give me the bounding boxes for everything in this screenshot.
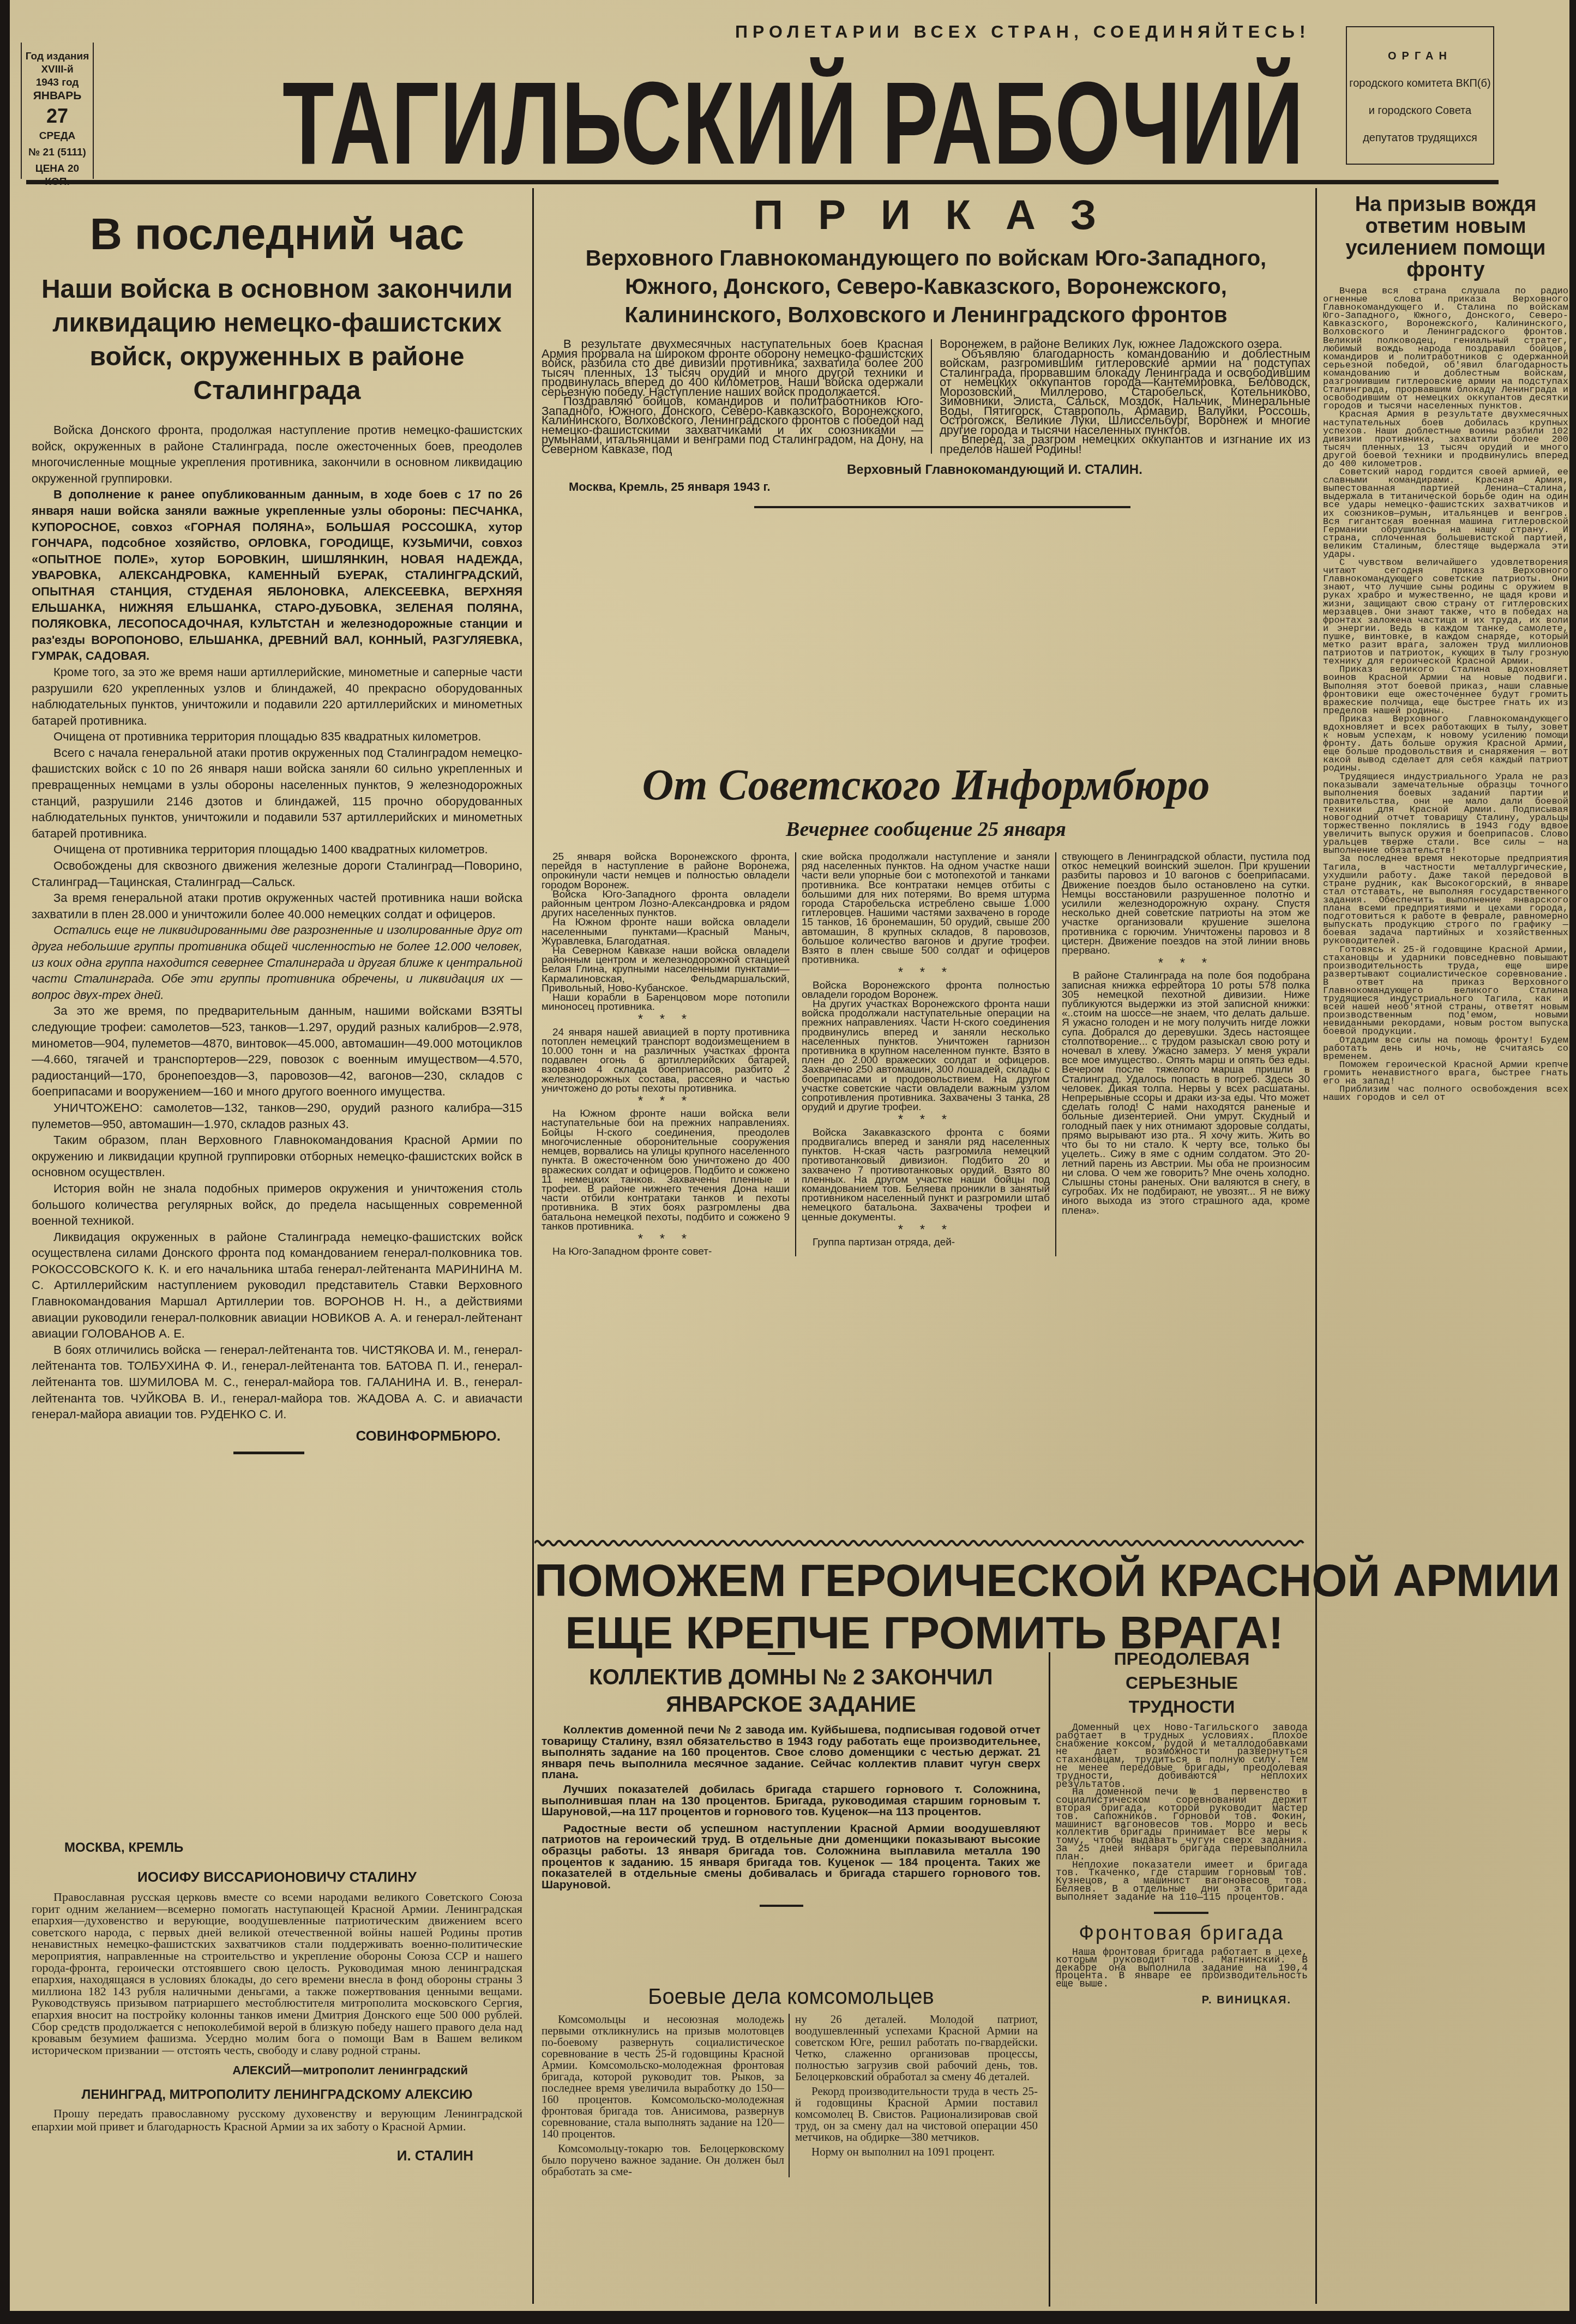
sovinform-paragraph: Войска Воронежского фронта полностью овл… <box>802 981 1050 1000</box>
section-divider <box>233 1452 304 1454</box>
column-rule-inner <box>1049 1652 1050 2307</box>
sovinform-col-3: ствующего в Ленинградской области, пусти… <box>1056 852 1310 1256</box>
section-divider <box>754 506 1130 508</box>
issue-month: ЯНВАРЬ <box>22 89 93 103</box>
sovinform-title: От Советского Информбюро <box>542 761 1310 810</box>
sovinform-section: От Советского Информбюро Вечернее сообще… <box>542 761 1310 1256</box>
last-hour-section: В последний час Наши войска в основном з… <box>32 207 522 1462</box>
last-hour-paragraph: Очищена от противника территория площадь… <box>32 841 522 858</box>
last-hour-paragraph: Таким образом, план Верховного Главноком… <box>32 1132 522 1181</box>
right-column-paragraph: Поможем героической Красной Армии крепче… <box>1323 1061 1568 1086</box>
right-column-paragraph: Приблизим час полного освобождения всех … <box>1323 1086 1568 1102</box>
last-hour-paragraph: Кроме того, за это же время наши артилле… <box>32 664 522 728</box>
organ-line-4: депутатов трудящихся <box>1346 124 1494 152</box>
masthead-slogan: ПРОЛЕТАРИИ ВСЕХ СТРАН, СОЕДИНЯЙТЕСЬ! <box>735 22 1310 42</box>
right-column-paragraph: Трудящиеся индустриального Урала не раз … <box>1323 773 1568 856</box>
blast-furnace-body: Коллектив доменной печи № 2 завода им. К… <box>542 1725 1040 1890</box>
right-column-paragraph: С чувством величайшего удовлетворения чи… <box>1323 559 1568 666</box>
right-column-paragraph: Советский народ гордится своей армией, е… <box>1323 468 1568 559</box>
reply-signature: И. СТАЛИН <box>32 2147 522 2164</box>
masthead-title-wrap: ТАГИЛЬСКИЙ РАБОЧИЙ <box>282 64 1319 173</box>
sovinform-paragraph: На Северном Кавказе наши войска овладели… <box>542 946 790 993</box>
komsomol-section: Боевые дела комсомольцев Комсомольцы и н… <box>542 1985 1040 2177</box>
right-column-paragraph: Отдадим все силы на помощь фронту! Будем… <box>1323 1037 1568 1061</box>
sovinform-paragraph: Наши корабли в Баренцовом море потопили … <box>542 993 790 1012</box>
section-divider <box>760 1905 803 1907</box>
blast-furnace-paragraph: Коллектив доменной печи № 2 завода им. К… <box>542 1725 1040 1781</box>
sovinform-paragraph: На Южном фронте наши войска вели наступа… <box>542 1109 790 1231</box>
order-columns: В результате двухмесячных наступательных… <box>542 339 1310 454</box>
order-title: ПРИКАЗ <box>542 191 1310 240</box>
difficulties-paragraph: На доменной печи № 1 первенство в социал… <box>1056 1789 1308 1861</box>
last-hour-paragraph: История войн не знала подобных примеров … <box>32 1181 522 1229</box>
last-hour-paragraph: Ликвидация окруженных в районе Сталингра… <box>32 1229 522 1342</box>
last-hour-body: Войска Донского фронта, продолжая наступ… <box>32 422 522 1444</box>
right-column-paragraph: Вчера вся страна слушала по радио огненн… <box>1323 287 1568 411</box>
organ-info: ОРГАН городского комитета ВКП(б) и город… <box>1346 43 1494 152</box>
last-hour-paragraph: Очищена от противника территория площадь… <box>32 728 522 745</box>
organ-label: ОРГАН <box>1346 43 1494 70</box>
sovinform-subtitle: Вечернее сообщение 25 января <box>542 817 1310 841</box>
order-subtitle: Верховного Главнокомандующего по войскам… <box>574 244 1278 329</box>
letter-dateline: МОСКВА, КРЕМЛЬ <box>32 1840 522 1856</box>
organ-line-2: городского комитета ВКП(б) <box>1346 70 1494 97</box>
last-hour-paragraph: Освобождены для сквозного движения желез… <box>32 858 522 890</box>
order-paragraph: В результате двухмесячных наступательных… <box>542 339 923 396</box>
blast-furnace-headline: КОЛЛЕКТИВ ДОМНЫ № 2 ЗАКОНЧИЛ ЯНВАРСКОЕ З… <box>580 1664 1002 1718</box>
front-brigade-signature: Р. ВИНИЦКАЯ. <box>1056 1994 1308 2007</box>
komsomol-col-2: ну 26 деталей. Молодой патриот, воодушев… <box>790 2014 1038 2177</box>
order-section: ПРИКАЗ Верховного Главнокомандующего по … <box>542 191 1310 508</box>
right-column-paragraph: Приказ великого Сталина вдохновляет воин… <box>1323 666 1568 715</box>
sovinform-paragraph: ствующего в Ленинградской области, пусти… <box>1062 852 1310 955</box>
section-divider <box>1154 1912 1208 1914</box>
separator-stars: * * * <box>542 1015 790 1024</box>
last-hour-paragraph: Остались еще не ликвидированными две раз… <box>32 922 522 1003</box>
banner: ПОМОЖЕМ ГЕРОИЧЕСКОЙ КРАСНОЙ АРМИИ ЕЩЕ КР… <box>534 1554 1314 1659</box>
issue-weekday: СРЕДА <box>22 130 93 143</box>
separator-stars: * * * <box>542 1235 790 1244</box>
issue-year: 1943 год <box>22 76 93 89</box>
difficulties-section: ПРЕОДОЛЕВАЯ СЕРЬЕЗНЫЕ ТРУДНОСТИ Доменный… <box>1056 1647 1308 2007</box>
masthead-rule <box>26 180 1499 184</box>
last-hour-paragraph: В боях отличились войска — генерал-лейте… <box>32 1342 522 1423</box>
order-col-1: В результате двухмесячных наступательных… <box>542 339 932 454</box>
wavy-divider <box>534 1538 1314 1549</box>
komsomol-headline: Боевые дела комсомольцев <box>542 1985 1040 2009</box>
right-column-section: На призыв вождя ответим новым усилением … <box>1323 194 1568 1102</box>
letter-signature: АЛЕКСИЙ—митрополит ленинградский <box>32 2063 522 2078</box>
blast-furnace-paragraph: Радостные вести об успешном наступлении … <box>542 1823 1040 1891</box>
column-rule-right <box>1315 188 1317 2304</box>
issue-day: 27 <box>22 105 93 128</box>
year-of-publication: Год издания XVIII-й <box>22 50 93 76</box>
sovinform-paragraph: На других участках Воронежского фронта н… <box>802 1000 1050 1112</box>
newspaper-title: ТАГИЛЬСКИЙ РАБОЧИЙ <box>282 64 1028 182</box>
komsomol-paragraph: ну 26 деталей. Молодой патриот, воодушев… <box>795 2014 1038 2082</box>
last-hour-paragraph: Всего с начала генеральной атаки против … <box>32 745 522 842</box>
difficulties-paragraph: Доменный цех Ново-Тагильского завода раб… <box>1056 1724 1308 1789</box>
right-column-body: Вчера вся страна слушала по радио огненн… <box>1323 287 1568 1102</box>
separator-stars: * * * <box>802 1225 1050 1235</box>
last-hour-signature: СОВИНФОРМБЮРО. <box>32 1428 522 1444</box>
sovinform-col-1: 25 января войска Воронежского фронта, пе… <box>542 852 796 1256</box>
sovinform-paragraph: На Южном фронте наши войска овладели нас… <box>542 918 790 946</box>
right-column-paragraph: Готовясь к 25-й годовщине Красной Армии,… <box>1323 946 1568 1037</box>
church-letter-section: МОСКВА, КРЕМЛЬ ИОСИФУ ВИССАРИОНОВИЧУ СТА… <box>32 1840 522 2164</box>
order-paragraph: Вперед, за разгром немецких оккупантов и… <box>940 435 1310 454</box>
last-hour-paragraph: За время генеральной атаки против окруже… <box>32 890 522 922</box>
sovinform-paragraph: На Юго-Западном фронте совет- <box>542 1247 790 1256</box>
sovinform-col-2: ские войска продолжали наступление и зан… <box>796 852 1056 1256</box>
order-col-2: Воронежем, в районе Великих Лук, южнее Л… <box>932 339 1310 454</box>
organ-line-3: и городского Совета <box>1346 97 1494 124</box>
sovinform-paragraph: Группа партизан отряда, дей- <box>802 1238 1050 1247</box>
right-column-paragraph: Красная Армия в результате двухмесячных … <box>1323 411 1568 468</box>
reply-text: Прошу передать православному русскому ду… <box>32 2107 522 2133</box>
order-signature: Верховный Главнокомандующий И. СТАЛИН. <box>542 462 1310 478</box>
komsomol-columns: Комсомольцы и несоюзная молодежь первыми… <box>542 2014 1040 2177</box>
reply-addressee: ЛЕНИНГРАД, МИТРОПОЛИТУ ЛЕНИНГРАДСКОМУ АЛ… <box>32 2087 522 2103</box>
right-column-headline: На призыв вождя ответим новым усилением … <box>1323 194 1568 281</box>
sovinform-paragraph: 25 января войска Воронежского фронта, пе… <box>542 852 790 890</box>
last-hour-paragraph: УНИЧТОЖЕНО: самолетов—132, танков—290, о… <box>32 1100 522 1132</box>
sovinform-paragraph: 24 января нашей авиацией в порту противн… <box>542 1028 790 1093</box>
komsomol-paragraph: Рекорд производительности труда в честь … <box>795 2086 1038 2143</box>
difficulties-paragraph: Неплохие показатели имеет и бригада тов.… <box>1056 1862 1308 1902</box>
newspaper-page: Год издания XVIII-й 1943 год ЯНВАРЬ 27 С… <box>10 0 1569 2311</box>
difficulties-body: Доменный цех Ново-Тагильского завода раб… <box>1056 1724 1308 1902</box>
front-brigade-headline: Фронтовая бригада <box>1056 1922 1308 1944</box>
issue-number: № 21 (5111) <box>22 146 93 159</box>
last-hour-paragraph: Войска Донского фронта, продолжая наступ… <box>32 422 522 486</box>
order-paragraph: Объявляю благодарность командованию и до… <box>940 349 1310 435</box>
front-brigade-text: Наша фронтовая бригада работает в цехе, … <box>1056 1949 1308 1989</box>
order-paragraph: Поздравляю бойцов, командиров и политраб… <box>542 396 923 454</box>
letter-addressee: ИОСИФУ ВИССАРИОНОВИЧУ СТАЛИНУ <box>32 1869 522 1886</box>
issue-info: Год издания XVIII-й 1943 год ЯНВАРЬ 27 С… <box>22 50 93 189</box>
komsomol-paragraph: Комсомольцы и несоюзная молодежь первыми… <box>542 2014 784 2140</box>
separator-stars: * * * <box>1062 959 1310 968</box>
right-column-paragraph: За последнее время некоторые предприятия… <box>1323 855 1568 946</box>
sovinform-paragraph: В районе Сталинграда на поле боя подобра… <box>1062 971 1310 1215</box>
difficulties-headline: ПРЕОДОЛЕВАЯ СЕРЬЕЗНЫЕ ТРУДНОСТИ <box>1056 1647 1308 1719</box>
komsomol-paragraph: Комсомольцу-токарю тов. Белоцерковскому … <box>542 2143 784 2177</box>
section-divider <box>768 1652 795 1655</box>
sovinform-columns: 25 января войска Воронежского фронта, пе… <box>542 852 1310 1256</box>
column-rule-left <box>532 188 534 2304</box>
komsomol-col-1: Комсомольцы и несоюзная молодежь первыми… <box>542 2014 790 2177</box>
blast-furnace-section: КОЛЛЕКТИВ ДОМНЫ № 2 ЗАКОНЧИЛ ЯНВАРСКОЕ З… <box>542 1652 1040 1912</box>
separator-stars: * * * <box>802 1115 1050 1124</box>
order-dateline: Москва, Кремль, 25 января 1943 г. <box>542 480 1310 494</box>
sovinform-paragraph: Войска Юго-Западного фронта овладели рай… <box>542 890 790 918</box>
letter-text: Православная русская церковь вместе со в… <box>32 1891 522 2056</box>
last-hour-paragraph: В дополнение к ранее опубликованным данн… <box>32 486 522 664</box>
banner-line-1: ПОМОЖЕМ ГЕРОИЧЕСКОЙ КРАСНОЙ АРМИИ <box>534 1554 1314 1606</box>
sovinform-paragraph: ские войска продолжали наступление и зан… <box>802 852 1050 965</box>
komsomol-paragraph: Норму он выполнил на 1091 процент. <box>795 2146 1038 2158</box>
last-hour-headline: Наши войска в основном закончили ликвида… <box>37 273 517 408</box>
last-hour-paragraph: За это же время, по предварительным данн… <box>32 1003 522 1100</box>
right-column-paragraph: Приказ Верховного Главнокомандующего вдо… <box>1323 715 1568 773</box>
sovinform-paragraph: Войска Закавказского фронта с боями прод… <box>802 1128 1050 1222</box>
last-hour-kicker: В последний час <box>32 207 522 262</box>
separator-stars: * * * <box>802 968 1050 977</box>
separator-stars: * * * <box>542 1097 790 1106</box>
blast-furnace-paragraph: Лучших показателей добилась бригада стар… <box>542 1784 1040 1818</box>
issue-price: ЦЕНА 20 КОП. <box>22 162 93 189</box>
